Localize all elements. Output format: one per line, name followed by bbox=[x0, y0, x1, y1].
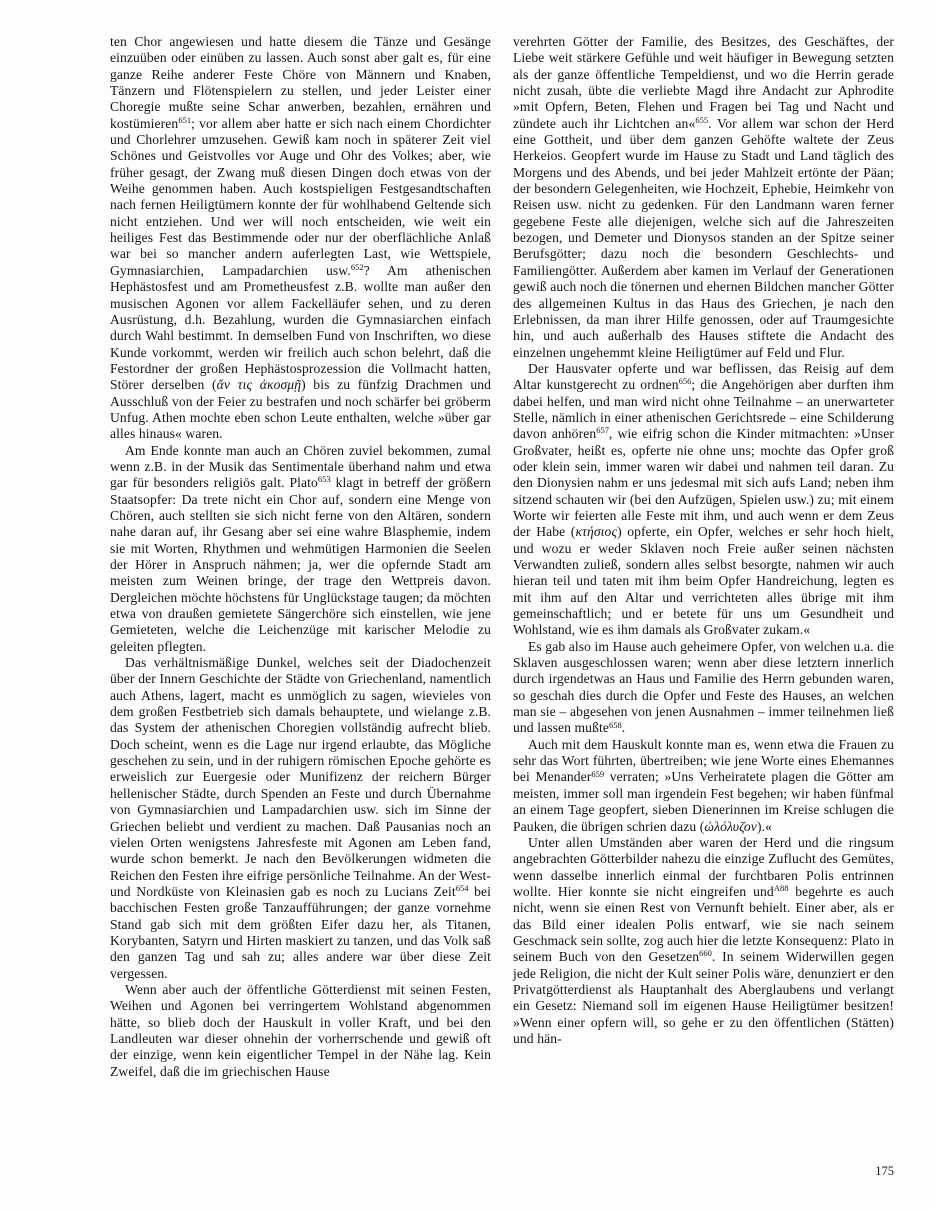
paragraph: Am Ende konnte man auch an Chören zuviel… bbox=[110, 443, 491, 655]
paragraph: ten Chor angewiesen und hatte diesem die… bbox=[110, 34, 491, 443]
paragraph: Es gab also im Hause auch geheimere Opfe… bbox=[513, 639, 894, 737]
right-column: verehrten Götter der Familie, des Besitz… bbox=[513, 34, 894, 1080]
text-block: ten Chor angewiesen und hatte diesem die… bbox=[110, 34, 894, 1080]
footnote-marker: 659 bbox=[591, 769, 604, 779]
page-number: 175 bbox=[110, 1164, 894, 1179]
greek-phrase: ὠλόλυζον bbox=[704, 819, 757, 834]
paragraph: Das verhältnismäßige Dunkel, welches sei… bbox=[110, 655, 491, 982]
greek-phrase: κτήσιος bbox=[575, 524, 617, 539]
left-column: ten Chor angewiesen und hatte diesem die… bbox=[110, 34, 491, 1080]
footnote-marker: 660 bbox=[699, 948, 712, 958]
footnote-marker: 652 bbox=[351, 262, 364, 272]
footnote-marker: 657 bbox=[596, 425, 609, 435]
footnote-marker: 656 bbox=[679, 376, 692, 386]
book-page: ten Chor angewiesen und hatte diesem die… bbox=[0, 0, 935, 1210]
paragraph: verehrten Götter der Familie, des Besitz… bbox=[513, 34, 894, 361]
greek-phrase: ἄν τις ἀκοσμῇ bbox=[217, 377, 301, 392]
paragraph: Auch mit dem Hauskult konnte man es, wen… bbox=[513, 737, 894, 835]
footnote-marker: 654 bbox=[456, 883, 469, 893]
footnote-marker: 653 bbox=[318, 474, 331, 484]
paragraph: Wenn aber auch der öffentliche Götterdie… bbox=[110, 982, 491, 1080]
paragraph: Unter allen Umständen aber waren der Her… bbox=[513, 835, 894, 1047]
paragraph: Der Hausvater opferte und war beflissen,… bbox=[513, 361, 894, 639]
footnote-marker: 655 bbox=[695, 115, 708, 125]
footnote-marker: A88 bbox=[774, 883, 789, 893]
footnote-marker: 658 bbox=[609, 720, 622, 730]
footnote-marker: 651 bbox=[178, 115, 191, 125]
